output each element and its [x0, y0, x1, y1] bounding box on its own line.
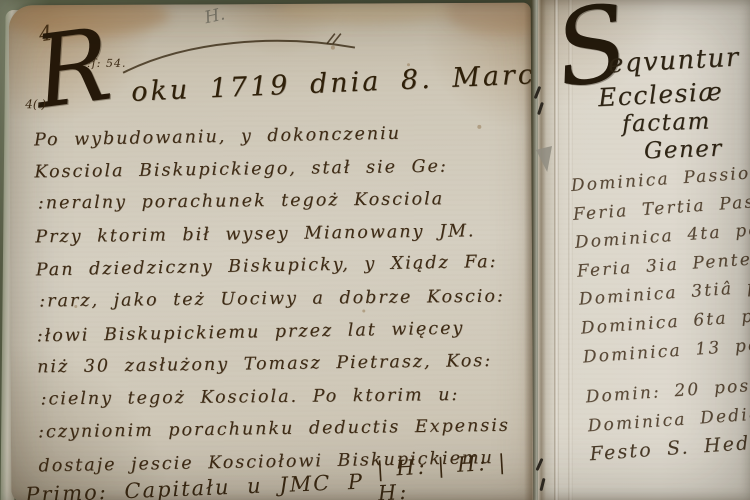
left-page: 4. H. R :ſ: 54. 4(·) oku 1719 dnia 8. Ma… [9, 3, 534, 500]
right-page: S eqvuntur Ecclesiæ factam Gener Dominic… [538, 0, 750, 500]
right-heading-line: Ecclesiæ [597, 77, 724, 113]
paper-crease [554, 0, 559, 500]
pencil-mark: H. [203, 4, 227, 28]
paper-stain [447, 3, 534, 35]
initial-annotation-bottom: 4(·) [25, 97, 46, 111]
manuscript-photo: 4. H. R :ſ: 54. 4(·) oku 1719 dnia 8. Ma… [0, 0, 750, 500]
right-heading-line: factam [622, 108, 712, 137]
manuscript-line: :neralny porachunek tegoż Kosciola [38, 183, 524, 221]
right-heading-line: eqvuntur [607, 43, 740, 80]
heading: oku 1719 dnia 8. Marca [131, 58, 534, 107]
foxing-speck [331, 46, 335, 50]
initial-annotation-top: :ſ: 54. [87, 57, 127, 70]
right-heading-line: Gener [644, 136, 724, 165]
liturgical-register: Dominica Passion Feria Tertia Pas Domini… [570, 154, 750, 469]
torn-flap [277, 3, 457, 24]
tally-marks: | H: | H: | H: [376, 449, 533, 500]
manuscript-body: Po wybudowaniu, y dokonczeniu Kosciola B… [34, 117, 525, 482]
manuscript-line: :cielny tegoż Kosciola. Po ktorim u: [40, 378, 526, 416]
